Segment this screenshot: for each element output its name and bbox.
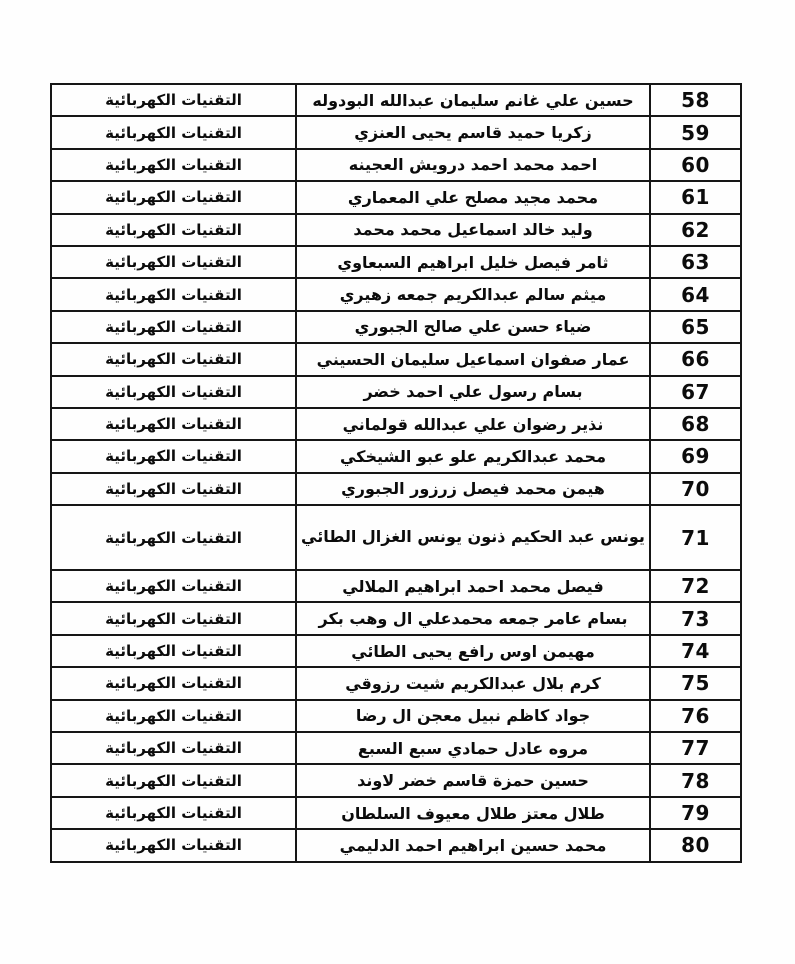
department-cell: التقنيات الكهربائية: [51, 570, 296, 602]
table-row: 73بسام عامر جمعه محمدعلي ال وهب بكرالتقن…: [51, 602, 741, 634]
table-row: 76جواد كاظم نبيل معجن ال رضاالتقنيات الك…: [51, 700, 741, 732]
table-row: 66عمار صفوان اسماعيل سليمان الحسينيالتقن…: [51, 343, 741, 375]
department-cell: التقنيات الكهربائية: [51, 829, 296, 861]
row-number-cell: 62: [650, 214, 741, 246]
department-cell: التقنيات الكهربائية: [51, 602, 296, 634]
department-cell: التقنيات الكهربائية: [51, 505, 296, 570]
table-row: 69محمد عبدالكريم علو عبو الشيخكيالتقنيات…: [51, 440, 741, 472]
department-cell: التقنيات الكهربائية: [51, 149, 296, 181]
table-row: 65ضياء حسن علي صالح الجبوريالتقنيات الكه…: [51, 311, 741, 343]
department-cell: التقنيات الكهربائية: [51, 764, 296, 796]
student-name-cell: هيمن محمد فيصل زرزور الجبوري: [296, 473, 650, 505]
department-cell: التقنيات الكهربائية: [51, 246, 296, 278]
student-name-cell: كرم بلال عبدالكريم شيت رزوقي: [296, 667, 650, 699]
department-cell: التقنيات الكهربائية: [51, 473, 296, 505]
row-number-cell: 74: [650, 635, 741, 667]
department-cell: التقنيات الكهربائية: [51, 408, 296, 440]
department-cell: التقنيات الكهربائية: [51, 797, 296, 829]
student-name-cell: حسين علي غانم سليمان عبدالله البودوله: [296, 84, 650, 116]
table-row: 77مروه عادل حمادي سبع السبعالتقنيات الكه…: [51, 732, 741, 764]
department-cell: التقنيات الكهربائية: [51, 732, 296, 764]
student-roster-table: 58حسين علي غانم سليمان عبدالله البودولها…: [50, 83, 742, 863]
student-name-cell: يونس عبد الحكيم ذنون يونس الغزال الطائي: [296, 505, 650, 570]
table-row: 75كرم بلال عبدالكريم شيت رزوقيالتقنيات ا…: [51, 667, 741, 699]
department-cell: التقنيات الكهربائية: [51, 214, 296, 246]
student-name-cell: طلال معتز طلال معيوف السلطان: [296, 797, 650, 829]
student-name-cell: ثامر فيصل خليل ابراهيم السبعاوي: [296, 246, 650, 278]
student-name-cell: محمد حسين ابراهيم احمد الدليمي: [296, 829, 650, 861]
row-number-cell: 68: [650, 408, 741, 440]
student-name-cell: محمد عبدالكريم علو عبو الشيخكي: [296, 440, 650, 472]
table-row: 80محمد حسين ابراهيم احمد الدليميالتقنيات…: [51, 829, 741, 861]
department-cell: التقنيات الكهربائية: [51, 343, 296, 375]
document-page: 58حسين علي غانم سليمان عبدالله البودولها…: [0, 0, 795, 964]
student-name-cell: وليد خالد اسماعيل محمد محمد: [296, 214, 650, 246]
student-name-cell: نذير رضوان علي عبدالله قولماني: [296, 408, 650, 440]
roster-table-body: 58حسين علي غانم سليمان عبدالله البودولها…: [51, 84, 741, 862]
table-row: 64ميثم سالم عبدالكريم جمعه زهيريالتقنيات…: [51, 278, 741, 310]
row-number-cell: 70: [650, 473, 741, 505]
row-number-cell: 75: [650, 667, 741, 699]
table-row: 74مهيمن اوس رافع يحيى الطائيالتقنيات الك…: [51, 635, 741, 667]
table-row: 79طلال معتز طلال معيوف السلطانالتقنيات ا…: [51, 797, 741, 829]
department-cell: التقنيات الكهربائية: [51, 635, 296, 667]
department-cell: التقنيات الكهربائية: [51, 700, 296, 732]
student-name-cell: جواد كاظم نبيل معجن ال رضا: [296, 700, 650, 732]
table-row: 60احمد محمد احمد درويش العجينهالتقنيات ا…: [51, 149, 741, 181]
department-cell: التقنيات الكهربائية: [51, 116, 296, 148]
row-number-cell: 63: [650, 246, 741, 278]
table-row: 58حسين علي غانم سليمان عبدالله البودولها…: [51, 84, 741, 116]
table-row: 72فيصل محمد احمد ابراهيم الملاليالتقنيات…: [51, 570, 741, 602]
row-number-cell: 79: [650, 797, 741, 829]
student-name-cell: بسام عامر جمعه محمدعلي ال وهب بكر: [296, 602, 650, 634]
table-row: 62وليد خالد اسماعيل محمد محمدالتقنيات ال…: [51, 214, 741, 246]
table-row: 68نذير رضوان علي عبدالله قولمانيالتقنيات…: [51, 408, 741, 440]
student-name-cell: احمد محمد احمد درويش العجينه: [296, 149, 650, 181]
row-number-cell: 76: [650, 700, 741, 732]
student-name-cell: محمد مجيد مصلح علي المعماري: [296, 181, 650, 213]
row-number-cell: 61: [650, 181, 741, 213]
row-number-cell: 71: [650, 505, 741, 570]
table-row: 71يونس عبد الحكيم ذنون يونس الغزال الطائ…: [51, 505, 741, 570]
department-cell: التقنيات الكهربائية: [51, 278, 296, 310]
table-row: 67بسام رسول علي احمد خضرالتقنيات الكهربا…: [51, 376, 741, 408]
row-number-cell: 69: [650, 440, 741, 472]
row-number-cell: 72: [650, 570, 741, 602]
student-name-cell: زكريا حميد قاسم يحيى العنزي: [296, 116, 650, 148]
row-number-cell: 73: [650, 602, 741, 634]
department-cell: التقنيات الكهربائية: [51, 311, 296, 343]
row-number-cell: 80: [650, 829, 741, 861]
table-row: 61محمد مجيد مصلح علي المعماريالتقنيات ال…: [51, 181, 741, 213]
department-cell: التقنيات الكهربائية: [51, 667, 296, 699]
row-number-cell: 66: [650, 343, 741, 375]
row-number-cell: 59: [650, 116, 741, 148]
department-cell: التقنيات الكهربائية: [51, 440, 296, 472]
student-name-cell: ميثم سالم عبدالكريم جمعه زهيري: [296, 278, 650, 310]
department-cell: التقنيات الكهربائية: [51, 376, 296, 408]
row-number-cell: 67: [650, 376, 741, 408]
table-row: 70هيمن محمد فيصل زرزور الجبوريالتقنيات ا…: [51, 473, 741, 505]
department-cell: التقنيات الكهربائية: [51, 181, 296, 213]
row-number-cell: 60: [650, 149, 741, 181]
department-cell: التقنيات الكهربائية: [51, 84, 296, 116]
student-name-cell: مهيمن اوس رافع يحيى الطائي: [296, 635, 650, 667]
student-name-cell: حسين حمزة قاسم خضر لاوند: [296, 764, 650, 796]
row-number-cell: 58: [650, 84, 741, 116]
student-name-cell: فيصل محمد احمد ابراهيم الملالي: [296, 570, 650, 602]
row-number-cell: 77: [650, 732, 741, 764]
table-row: 78حسين حمزة قاسم خضر لاوندالتقنيات الكهر…: [51, 764, 741, 796]
student-name-cell: بسام رسول علي احمد خضر: [296, 376, 650, 408]
student-name-cell: ضياء حسن علي صالح الجبوري: [296, 311, 650, 343]
row-number-cell: 78: [650, 764, 741, 796]
table-row: 59زكريا حميد قاسم يحيى العنزيالتقنيات ال…: [51, 116, 741, 148]
student-name-cell: عمار صفوان اسماعيل سليمان الحسيني: [296, 343, 650, 375]
row-number-cell: 64: [650, 278, 741, 310]
row-number-cell: 65: [650, 311, 741, 343]
student-name-cell: مروه عادل حمادي سبع السبع: [296, 732, 650, 764]
table-row: 63ثامر فيصل خليل ابراهيم السبعاويالتقنيا…: [51, 246, 741, 278]
